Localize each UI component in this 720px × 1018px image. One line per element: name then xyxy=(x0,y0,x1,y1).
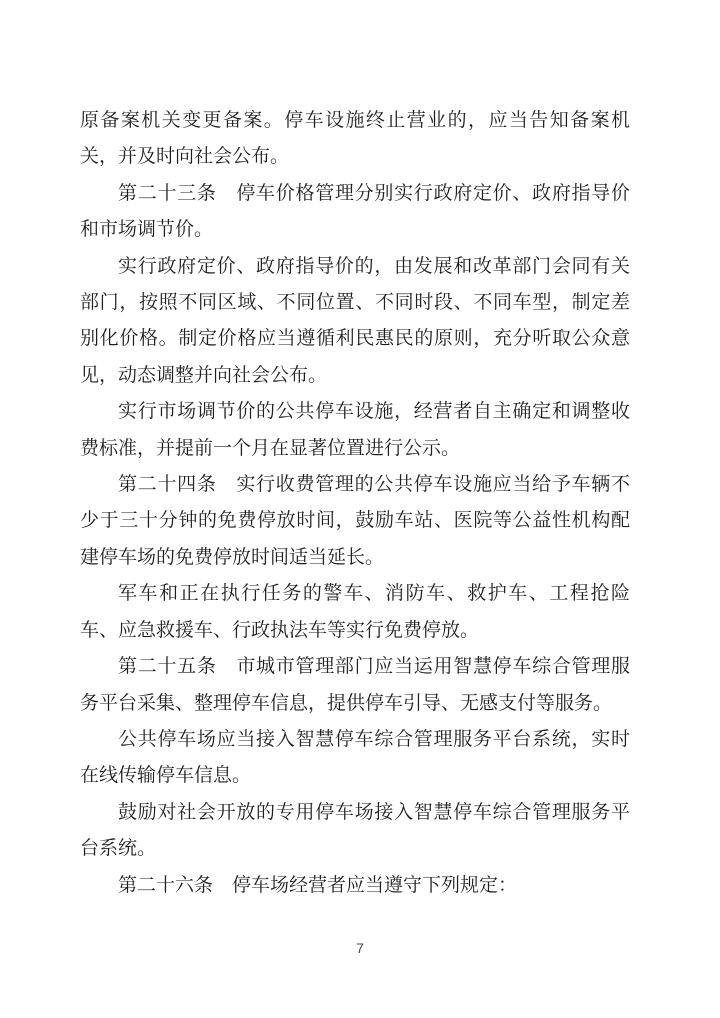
paragraph: 第二十四条 实行收费管理的公共停车设施应当给予车辆不少于三十分钟的免费停放时间，… xyxy=(80,467,630,576)
paragraph: 第二十五条 市城市管理部门应当运用智慧停车综合管理服务平台采集、整理停车信息，提… xyxy=(80,649,630,722)
document-body: 原备案机关变更备案。停车设施终止营业的，应当告知备案机关，并及时向社会公布。 第… xyxy=(80,103,630,904)
paragraph: 实行政府定价、政府指导价的，由发展和改革部门会同有关部门，按照不同区域、不同位置… xyxy=(80,249,630,395)
page-number: 7 xyxy=(0,940,720,956)
paragraph: 军车和正在执行任务的警车、消防车、救护车、工程抢险车、应急救援车、行政执法车等实… xyxy=(80,576,630,649)
paragraph: 第二十三条 停车价格管理分别实行政府定价、政府指导价和市场调节价。 xyxy=(80,176,630,249)
paragraph: 第二十六条 停车场经营者应当遵守下列规定： xyxy=(80,868,630,904)
paragraph: 鼓励对社会开放的专用停车场接入智慧停车综合管理服务平台系统。 xyxy=(80,795,630,868)
paragraph: 原备案机关变更备案。停车设施终止营业的，应当告知备案机关，并及时向社会公布。 xyxy=(80,103,630,176)
paragraph: 实行市场调节价的公共停车设施，经营者自主确定和调整收费标准，并提前一个月在显著位… xyxy=(80,394,630,467)
paragraph: 公共停车场应当接入智慧停车综合管理服务平台系统，实时在线传输停车信息。 xyxy=(80,722,630,795)
document-page: 原备案机关变更备案。停车设施终止营业的，应当告知备案机关，并及时向社会公布。 第… xyxy=(0,0,720,1018)
